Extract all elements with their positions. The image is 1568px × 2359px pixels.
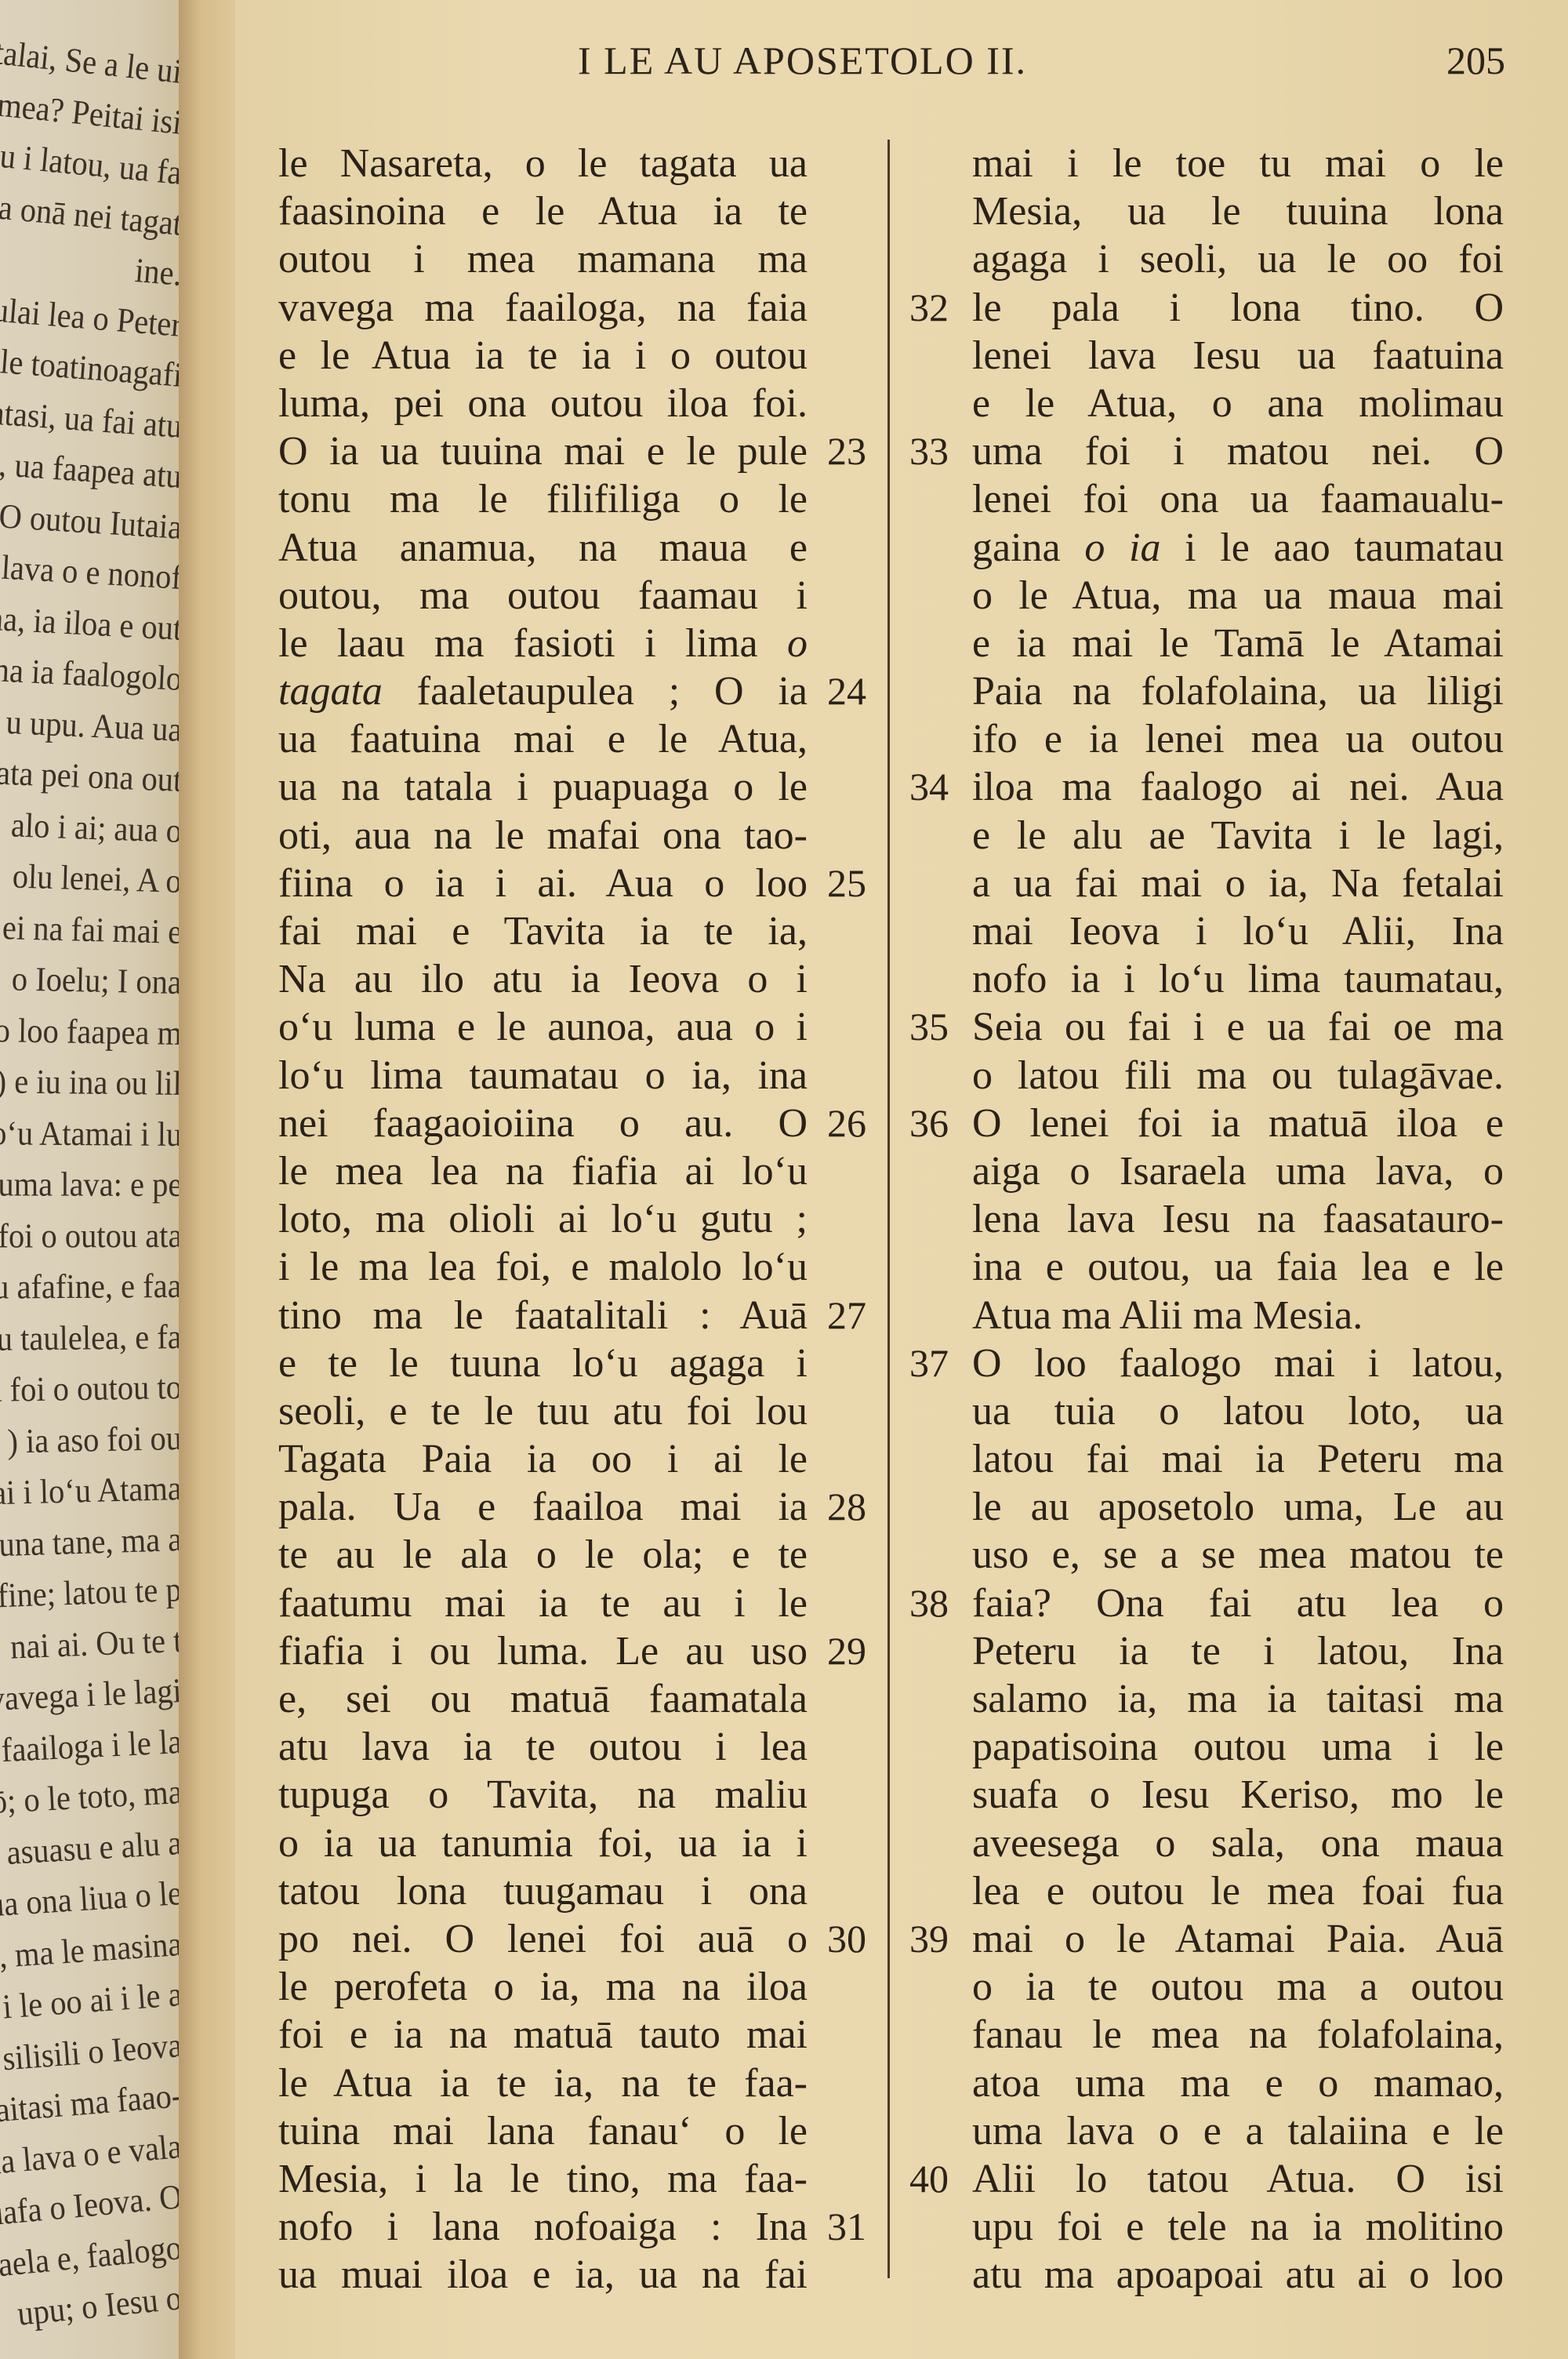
text-line: ina e outou, ua faia lea e le [909,1243,1504,1291]
text-line: iloa ma faalogo ai nei. Aua34 [909,763,1504,811]
text-line: mai i le toe tu mai o le [909,140,1504,187]
facing-page-fragment: atalai, Se a le uimea? Peitai isiemu i l… [0,0,188,2359]
line-text: e le Atua ia te ia i o outou [278,333,808,378]
line-text: pala. Ua e faailoa mai ia [278,1485,808,1529]
text-line: pala. Ua e faailoa mai ia28 [278,1483,808,1531]
text-line: fiafia i ou luma. Le au uso29 [278,1627,808,1675]
verse-number: 27 [827,1292,866,1339]
text-line: O ia ua tuuina mai e le pule23 [278,427,808,475]
text-line: faasinoina e le Atua ia te [278,187,808,235]
line-text: O loo faalogo mai i latou, [972,1341,1504,1386]
text-line: Tagata Paia ia oo i ai le [278,1435,808,1483]
line-text: mai i le toe tu mai o le [972,141,1504,186]
line-text: outou i mea mamana ma [278,237,808,282]
text-line: aveesega o sala, ona maua [909,1819,1504,1867]
text-line: lea e outou le mea foai fua [909,1867,1504,1915]
facing-page-line: ai i lo‘u Atama [0,1471,183,1510]
text-line: Paia na folafolaina, ua liligi [909,667,1504,715]
facing-page-line: Ua onā nei tagat [0,188,183,242]
facing-page-line: foi o outou ata [0,1219,182,1254]
text-line: Atua anamua, na maua e [278,524,808,572]
book-gutter [179,0,241,2359]
text-line: tuina mai lana fanau‘ o le [278,2107,808,2155]
running-title: I LE AU APOSETOLO II. [578,38,1027,83]
facing-page-line: u, O outou Iutaia [0,496,183,544]
text-line: fai mai e Tavita ia te ia, [278,907,808,955]
text-line: atu ma apoapoai atu ai o loo [909,2251,1504,2299]
text-line: seoli, e te le tuu atu foi lou [278,1387,808,1435]
text-line: Mesia, i la le tino, ma faa- [278,2155,808,2203]
line-text: outou, ma outou faamau i [278,573,808,618]
text-line: mai Ieova i lo‘u Alii, Ina [909,907,1504,955]
line-text: ua na tatala i puapuaga o le [278,765,808,809]
text-line: lenei foi ona ua faamaualu- [909,475,1504,523]
text-line: Atua ma Alii ma Mesia. [909,1292,1504,1339]
facing-page-line: emu i latou, ua fa [0,135,183,191]
verse-number: 29 [827,1627,866,1675]
text-line: lenei lava Iesu ua faatuina [909,332,1504,380]
text-line: agaga i seoli, ua le oo foi [909,235,1504,283]
line-text: e le alu ae Tavita i le lagi, [972,813,1504,858]
line-text: e le Atua, o ana molimau [972,381,1504,426]
line-text: foi e ia na matuā tauto mai [278,2012,808,2057]
column-divider [887,140,890,2278]
line-text: oti, aua na le mafai ona tao- [278,813,808,858]
facing-page-line: i le oo ai i le a [2,1977,183,2024]
line-text: uma foi i matou nei. O [972,429,1504,474]
facing-page-line: tou taulelea, e fa [0,1320,182,1357]
line-text: e ia mai le Tamā le Atamai [972,621,1504,666]
line-text: vavega ma faailoga, na faia [278,285,808,330]
facing-page-line: le silisili o Ieova [0,2028,183,2078]
line-text: mai Ieova i lo‘u Alii, Ina [972,909,1504,954]
page-number: 205 [1446,38,1505,83]
text-line: tonu ma le filifiliga o le [278,475,808,523]
facing-page-line: o‘u Atamai i lu [0,1116,182,1152]
facing-page-line: agata pei ona out [0,754,183,798]
line-text: tuina mai lana fanau‘ o le [278,2109,808,2154]
line-text: Paia na folafolaina, ua liligi [972,669,1504,714]
verse-number: 32 [909,284,949,332]
text-line: outou, ma outou faamau i [278,572,808,620]
text-line: tagata faaletaupulea ; O ia24 [278,667,808,715]
text-line: te au le ala o le ola; e te [278,1531,808,1579]
line-text: seoli, e te le tuu atu foi lou [278,1389,808,1434]
facing-page-line: ) ia aso foi ou [7,1421,182,1459]
text-line: ua tuia o latou loto, ua [909,1387,1504,1435]
text-line: nofo ia i lo‘u lima taumatau, [909,955,1504,1003]
line-text: atoa uma ma e o mamao, [972,2061,1504,2106]
text-line: a ua fai mai o ia, Na fetalai [909,860,1504,907]
verse-number: 39 [909,1915,949,1963]
text-line: loto, ma olioli ai lo‘u gutu ; [278,1195,808,1243]
line-text: lo‘u lima taumatau o ia, ina [278,1053,808,1098]
verse-number: 26 [827,1100,866,1147]
text-line: ifo e ia lenei mea ua outou [909,715,1504,763]
facing-page-line: ) e iu ina ou lil [0,1064,182,1101]
facing-page-line: lō; o le toto, ma [0,1775,183,1820]
text-line: o latou fili ma ou tulagāvae. [909,1052,1504,1100]
text-line: salamo ia, ma ia taitasi ma [909,1675,1504,1723]
text-line: o le Atua, ma ua maua mai [909,572,1504,620]
verse-number: 35 [909,1003,949,1051]
line-text: tatou lona tuugamau i ona [278,1869,808,1914]
line-text: loto, ma olioli ai lo‘u gutu ; [278,1197,808,1241]
line-text: Atua anamua, na maua e [278,525,808,570]
line-text: upu foi e tele na ia molitino [972,2205,1504,2249]
line-text: i le ma lea foi, e malolo lo‘u [278,1245,808,1289]
text-line: le mea lea na fiafia ai lo‘u [278,1147,808,1195]
text-line: uso e, se a se mea matou te [909,1531,1504,1579]
text-line: upu foi e tele na ia molitino [909,2203,1504,2251]
facing-page-line: atasi, ua fai atu [0,395,183,444]
line-text: le laau ma fasioti i lima o [278,621,808,666]
line-text: salamo ia, ma ia taitasi ma [972,1677,1504,1721]
facing-page-line: o Ioelu; I ona [12,961,183,1000]
line-text: fiina o ia i ai. Aua o loo [278,861,808,906]
line-text: Atua ma Alii ma Mesia. [972,1293,1363,1338]
facing-page-line: atalai, Se a le ui [0,34,183,89]
line-text: tagata faaletaupulea ; O ia [278,669,808,714]
text-line: e le Atua ia te ia i o outou [278,332,808,380]
line-text: O ia ua tuuina mai e le pule [278,429,808,474]
line-text: lea e outou le mea foai fua [972,1869,1504,1914]
facing-page-line: alo i ai; aua o [10,808,182,849]
text-line: Seia ou fai i e ua fai oe ma35 [909,1003,1504,1051]
line-text: o‘u luma e le aunoa, aua o i [278,1005,808,1049]
line-text: le Nasareta, o le tagata ua [278,141,808,186]
verse-number: 36 [909,1100,949,1147]
facing-page-line: a lava o e nonof [0,549,183,595]
text-line: suafa o Iesu Keriso, mo le [909,1771,1504,1819]
text-line: nei faagaoioiina o au. O26 [278,1100,808,1147]
text-line: o ia ua tanumia foi, ua ia i [278,1819,808,1867]
facing-page-line: a foi o outou to [0,1370,182,1408]
facing-page-line: una tane, ma a [0,1522,183,1562]
line-text: aveesega o sala, ona maua [972,1821,1504,1866]
text-line: le Nasareta, o le tagata ua [278,140,808,187]
left-text-column: le Nasareta, o le tagata uafaasinoina e … [278,140,866,2299]
line-text: agaga i seoli, ua le oo foi [972,237,1504,282]
line-text: po nei. O lenei foi auā o [278,1917,808,1961]
line-text: e, sei ou matuā faamatala [278,1677,808,1721]
text-line: outou i mea mamana ma [278,235,808,283]
facing-page-line: vavega i le lagi [0,1674,183,1717]
line-text: o le Atua, ma ua maua mai [972,573,1504,618]
line-text: o ia ua tanumia foi, ua ia i [278,1821,808,1866]
facing-page-line: nua ona liua o le [0,1876,183,1924]
text-line: o‘u luma e le aunoa, aua o i [278,1003,808,1051]
facing-page-line: ine. [134,253,183,292]
line-text: nofo ia i lo‘u lima taumatau, [972,957,1504,1001]
line-text: atu ma apoapoai atu ai o loo [972,2252,1504,2297]
text-line: le Atua ia te ia, na te faa- [278,2059,808,2107]
line-text: le Atua ia te ia, na te faa- [278,2061,808,2106]
text-line: e te le tuuna lo‘u agaga i [278,1339,808,1387]
verse-number: 31 [827,2203,866,2251]
line-text: le mea lea na fiafia ai lo‘u [278,1149,808,1194]
facing-page-line: i, (o loo faapea m [0,1012,182,1051]
line-text: suafa o Iesu Keriso, mo le [972,1772,1504,1817]
facing-page-line: ina taitasi ma faao- [0,2078,183,2132]
facing-page-line: tulai lea o Peter [0,292,183,342]
facing-page-line: u upu. Aua ua [5,705,183,747]
verse-number: 38 [909,1579,949,1627]
text-line: luma, pei ona outou iloa foi. [278,380,808,427]
line-text: ua tuia o latou loto, ua [972,1389,1504,1434]
text-line: latou fai mai ia Peteru ma [909,1435,1504,1483]
facing-page-line: liuli, ma le masina [0,1927,183,1977]
line-text: lenei lava Iesu ua faatuina [972,333,1504,378]
verse-number: 37 [909,1339,949,1387]
line-text: te au le ala o le ola; e te [278,1532,808,1577]
text-line: uma lava o e a talaiina e le [909,2107,1504,2155]
line-text: ifo e ia lenei mea ua outou [972,717,1504,761]
text-line: po nei. O lenei foi auā o30 [278,1915,808,1963]
verse-number: 40 [909,2155,949,2203]
facing-page-line: ei na fai mai e [2,911,182,950]
text-line: ua na tatala i puapuaga o le [278,763,808,811]
text-line: ua muai iloa e ia, ua na fai [278,2251,808,2299]
facing-page-line: ma, ia iloa e out [0,601,183,646]
facing-page-line: tou afafine, e faa [0,1269,182,1305]
line-text: ua faatuina mai e le Atua, [278,717,808,761]
line-text: Tagata Paia ia oo i ai le [278,1437,808,1481]
facing-page-line: mea? Peitai isi [0,87,183,140]
text-line: tupuga o Tavita, na maliu [278,1771,808,1819]
text-line: Mesia, ua le tuuina lona [909,187,1504,235]
facing-page-line: saraela e, faalogo [0,2230,183,2286]
line-text: le pala i lona tino. O [972,285,1504,330]
text-line: faia? Ona fai atu lea o38 [909,1579,1504,1627]
text-line: fanau le mea na folafolaina, [909,2011,1504,2059]
line-text: Seia ou fai i e ua fai oe ma [972,1005,1504,1049]
line-text: luma, pei ona outou iloa foi. [278,381,808,426]
line-text: atu lava ia te outou i lea [278,1725,808,1769]
text-line: lena lava Iesu na faasatauro- [909,1195,1504,1243]
verse-number: 24 [827,667,866,715]
line-text: uso e, se a se mea matou te [972,1532,1504,1577]
text-line: Peteru ia te i latou, Ina [909,1627,1504,1675]
right-text-column: mai i le toe tu mai o leMesia, ua le tuu… [909,140,1505,2299]
line-text: e te le tuuna lo‘u agaga i [278,1341,808,1386]
verse-number: 34 [909,763,949,811]
facing-page-line: le, ua faapea atu [0,445,183,494]
line-text: aiga o Isaraela uma lava, o [972,1149,1504,1194]
line-text: papatisoina outou uma i le [972,1725,1504,1769]
text-line: Na au ilo atu ia Ieova o i [278,955,808,1003]
line-text: iloa ma faalogo ai nei. Aua [972,765,1504,809]
facing-page-line: le asuasu e alu a [0,1826,183,1872]
line-text: tino ma le faatalitali : Auā [278,1293,808,1338]
line-text: mai o le Atamai Paia. Auā [972,1917,1504,1961]
facing-page-line: olu lenei, A o [13,859,183,898]
facing-page-line: fafine; latou te p [0,1572,183,1614]
line-text: ua muai iloa e ia, ua na fai [278,2252,808,2297]
text-line: le au aposetolo uma, Le au [909,1483,1504,1531]
text-line: lo‘u lima taumatau o ia, ina [278,1052,808,1100]
facing-page-line: nai ai. Ou te t [9,1623,183,1665]
verse-number: 33 [909,427,949,475]
text-line: ua faatuina mai e le Atua, [278,715,808,763]
line-text: lenei foi ona ua faamaualu- [972,477,1504,522]
facing-page-line: suafa o Ieova. O [0,2179,183,2233]
text-line: oti, aua na le mafai ona tao- [278,812,808,860]
text-line: nofo i lana nofoaiga : Ina31 [278,2203,808,2251]
text-line: tino ma le faatalitali : Auā27 [278,1292,808,1339]
text-line: papatisoina outou uma i le [909,1723,1504,1771]
verse-number: 30 [827,1915,866,1963]
text-line: e ia mai le Tamā le Atamai [909,620,1504,667]
line-text: o latou fili ma ou tulagāvae. [972,1053,1504,1098]
line-text: O lenei foi ia matuā iloa e [972,1101,1504,1146]
line-text: ina e outou, ua faia lea e le [972,1245,1504,1289]
text-line: gaina o ia i le aao taumatau [909,524,1504,572]
text-line: le laau ma fasioti i lima o [278,620,808,667]
line-text: Na au ilo atu ia Ieova o i [278,957,808,1001]
line-text: fanau le mea na folafolaina, [972,2012,1504,2057]
line-text: tupuga o Tavita, na maliu [278,1772,808,1817]
facing-page-line: na lava o e vala [0,2129,183,2180]
facing-page-line: upu; o Iesu o [16,2281,184,2332]
text-line: le pala i lona tino. O32 [909,284,1504,332]
text-line: Alii lo tatou Atua. O isi40 [909,2155,1504,2203]
line-text: Alii lo tatou Atua. O isi [972,2157,1504,2201]
verse-number: 25 [827,860,866,907]
line-text: a ua fai mai o ia, Na fetalai [972,861,1504,906]
line-text: fiafia i ou luma. Le au uso [278,1629,808,1674]
line-text: latou fai mai ia Peteru ma [972,1437,1504,1481]
line-text: Mesia, ua le tuuina lona [972,189,1504,234]
line-text: le perofeta o ia, ma na iloa [278,1965,808,2009]
line-text: le au aposetolo uma, Le au [972,1485,1504,1529]
verse-number: 23 [827,427,866,475]
text-line: atu lava ia te outou i lea [278,1723,808,1771]
line-text: fai mai e Tavita ia te ia, [278,909,808,954]
line-text: gaina o ia i le aao taumatau [972,525,1504,570]
line-text: Mesia, i la le tino, ma faa- [278,2157,808,2201]
text-line: vavega ma faailoga, na faia [278,284,808,332]
text-line: le perofeta o ia, ma na iloa [278,1963,808,2011]
text-line: foi e ia na matuā tauto mai [278,2011,808,2059]
line-text: faasinoina e le Atua ia te [278,189,808,234]
text-line: aiga o Isaraela uma lava, o [909,1147,1504,1195]
text-line: e le Atua, o ana molimau [909,380,1504,427]
text-line: e le alu ae Tavita i le lagi, [909,812,1504,860]
text-line: i le ma lea foi, e malolo lo‘u [278,1243,808,1291]
text-line: O loo faalogo mai i latou,37 [909,1339,1504,1387]
text-line: tatou lona tuugamau i ona [278,1867,808,1915]
facing-page-line: a faailoga i le la [0,1725,183,1769]
text-line: o ia te outou ma a outou [909,1963,1504,2011]
line-text: Peteru ia te i latou, Ina [972,1629,1504,1674]
line-text: tonu ma le filifiliga o le [278,477,808,522]
line-text: uma lava o e a talaiina e le [972,2109,1504,2154]
text-line: uma foi i matou nei. O33 [909,427,1504,475]
line-text: nofo i lana nofoaiga : Ina [278,2205,808,2249]
text-line: faatumu mai ia te au i le [278,1579,808,1627]
text-line: O lenei foi ia matuā iloa e36 [909,1100,1504,1147]
facing-page-line: a, ma ia faalogolo [0,651,183,696]
line-text: o ia te outou ma a outou [972,1965,1504,2009]
verse-number: 28 [827,1483,866,1531]
line-text: faia? Ona fai atu lea o [972,1581,1504,1626]
text-line: e, sei ou matuā faamatala [278,1675,808,1723]
text-line: atoa uma ma e o mamao, [909,2059,1504,2107]
facing-page-line: uma lava: e pe [0,1167,182,1202]
text-line: mai o le Atamai Paia. Auā39 [909,1915,1504,1963]
line-text: faatumu mai ia te au i le [278,1581,808,1626]
line-text: nei faagaoioiina o au. O [278,1101,808,1146]
text-line: fiina o ia i ai. Aua o loo25 [278,860,808,907]
facing-page-line: a le toatinoagafi [0,343,183,393]
line-text: lena lava Iesu na faasatauro- [972,1197,1504,1241]
